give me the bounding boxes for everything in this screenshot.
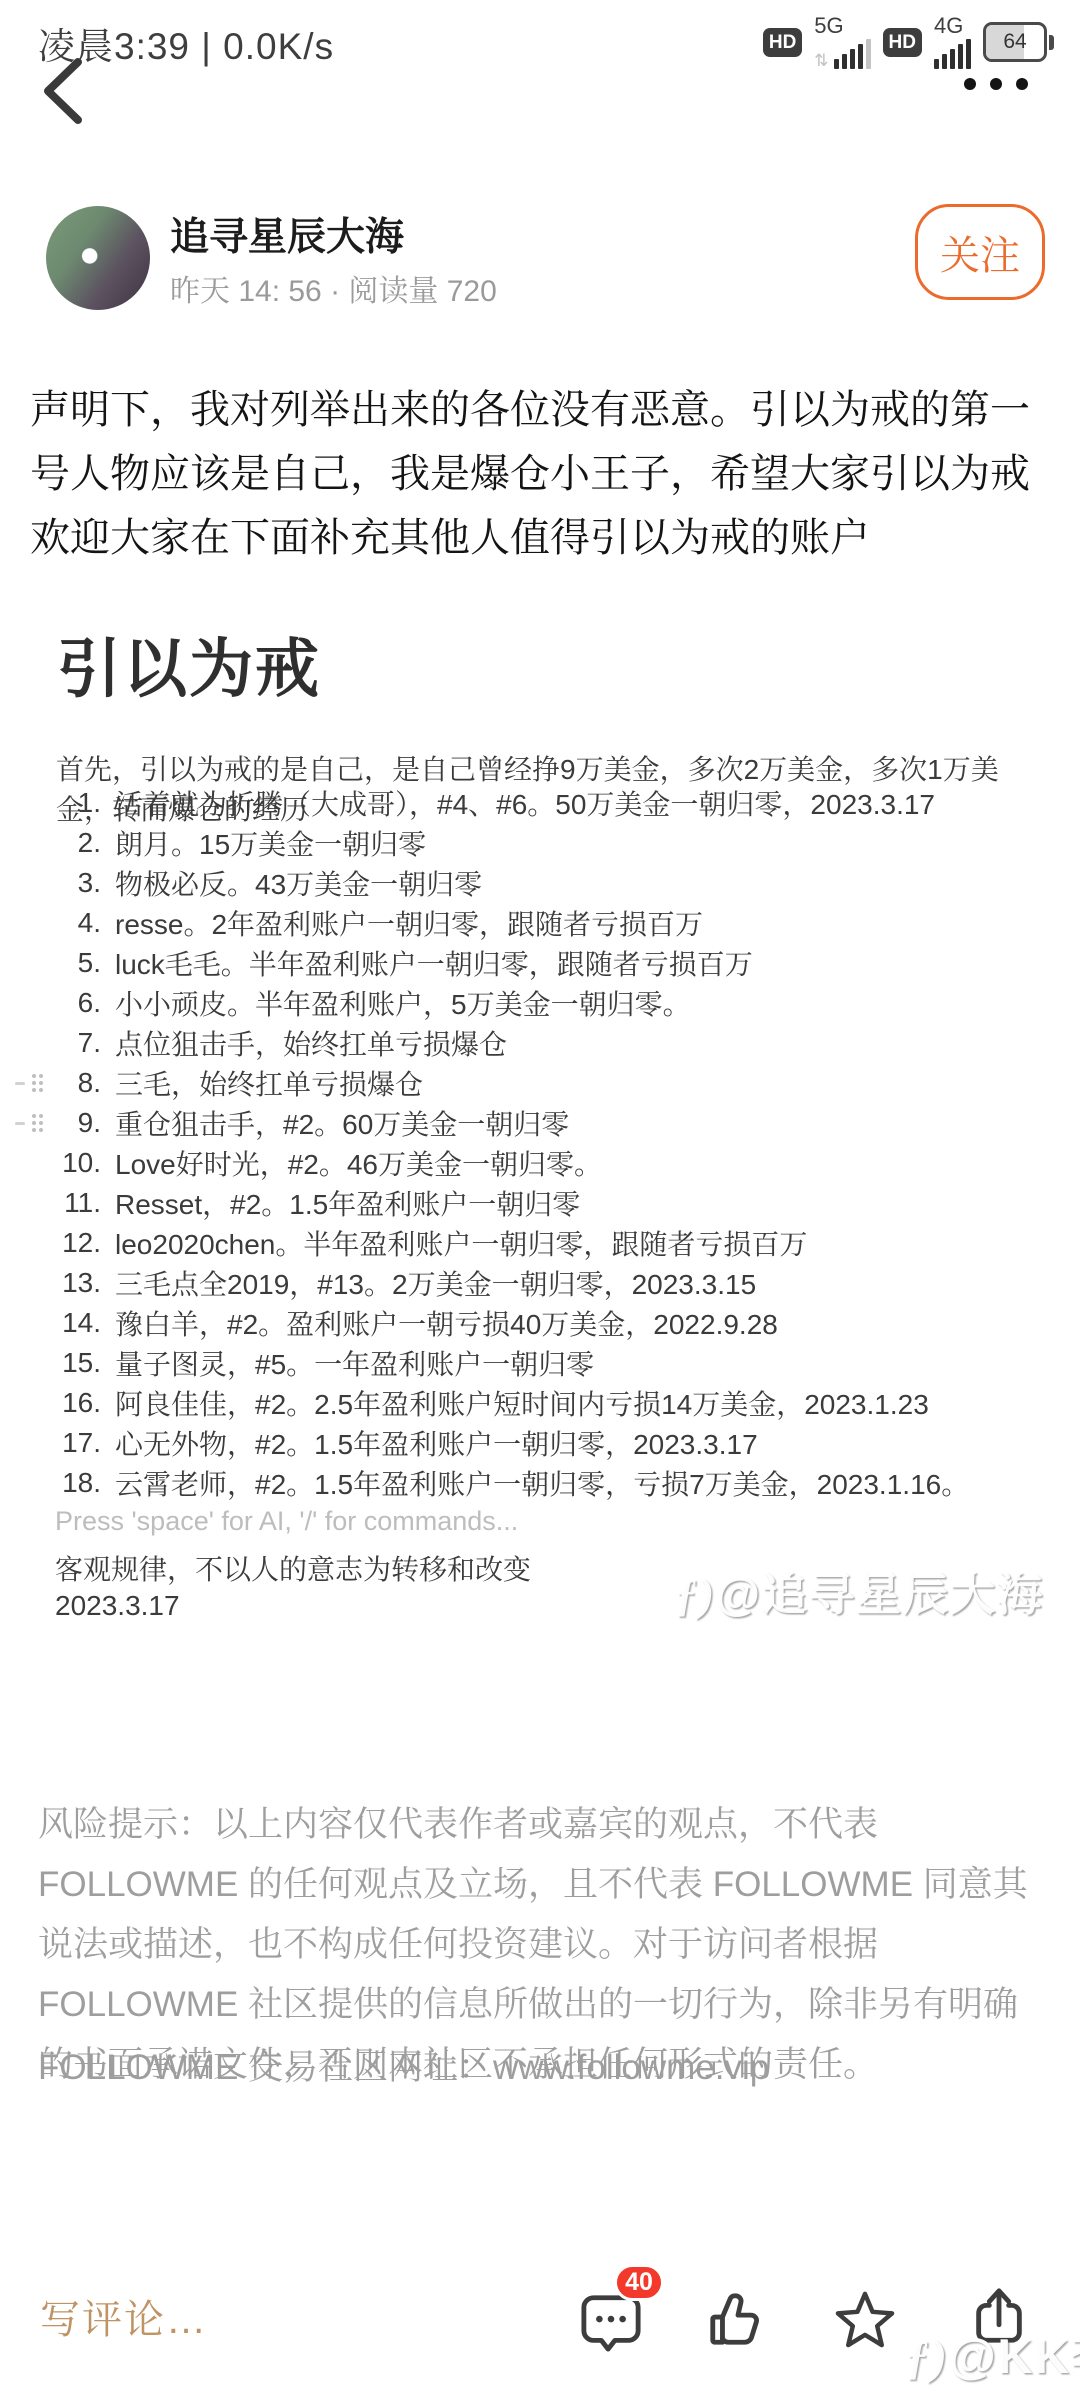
star-icon: [834, 2286, 896, 2352]
more-options-button[interactable]: [964, 78, 1028, 90]
write-comment-input[interactable]: 写评论…: [40, 2288, 208, 2345]
list-item: 8. 三毛，始终扛单亏损爆仓: [55, 1063, 1055, 1103]
sim1-network-type: 5G: [814, 15, 843, 37]
list-item-number: 17.: [55, 1427, 101, 1459]
list-item-number: 6.: [55, 987, 101, 1019]
sim1-signal: 5G ⇅: [814, 15, 870, 69]
list-item: 5. luck毛毛。半年盈利账户一朝归零，跟随者亏损百万: [55, 943, 1055, 983]
thumbs-up-icon: [706, 2286, 768, 2352]
list-item: 2. 朗月。15万美金一朝归零: [55, 823, 1055, 863]
list-item-text: 阿良佳佳，#2。2.5年盈利账户短时间内亏损14万美金，2023.1.23: [115, 1383, 929, 1423]
list-item-text: 点位狙击手，始终扛单亏损爆仓: [115, 1023, 507, 1063]
back-button[interactable]: [34, 56, 94, 126]
list-item-number: 12.: [55, 1227, 101, 1259]
list-item-number: 1.: [55, 787, 101, 819]
drag-handle-icon: [15, 1074, 43, 1092]
post-detail-screen: 凌晨3:39 | 0.0K/s HD 5G ⇅ HD 4G: [0, 0, 1080, 2400]
list-item-number: 15.: [55, 1347, 101, 1379]
list-item-text: 三毛点全2019，#13。2万美金一朝归零，2023.3.15: [115, 1263, 756, 1303]
list-item-number: 4.: [55, 907, 101, 939]
list-item: 4. resse。2年盈利账户一朝归零，跟随者亏损百万: [55, 903, 1055, 943]
list-item-text: 三毛，始终扛单亏损爆仓: [115, 1063, 423, 1103]
list-item-text: 小小顽皮。半年盈利账户，5万美金一朝归零。: [115, 983, 691, 1023]
screenshot-watermark: ƒ)@KK李: [905, 2318, 1080, 2387]
list-item-number: 13.: [55, 1267, 101, 1299]
list-item-text: Resset，#2。1.5年盈利账户一朝归零: [115, 1183, 580, 1223]
post-body-text: 声明下，我对列举出来的各位没有恶意。引以为戒的第一号人物应该是自己，我是爆仓小王…: [30, 378, 1052, 570]
list-item-number: 11.: [55, 1187, 101, 1219]
list-item-number: 8.: [55, 1067, 101, 1099]
list-item-text: 豫白羊，#2。盈利账户一朝亏损40万美金，2022.9.28: [115, 1303, 778, 1343]
list-item-text: 云霄老师，#2。1.5年盈利账户一朝归零，亏损7万美金，2023.1.16。: [115, 1463, 969, 1503]
list-item-number: 3.: [55, 867, 101, 899]
author-watermark: ƒ)@追寻星辰大海: [675, 1558, 1044, 1623]
sim2-signal: 4G: [934, 15, 971, 69]
note-footer-date: 2023.3.17: [55, 1590, 180, 1622]
list-item: 11. Resset，#2。1.5年盈利账户一朝归零: [55, 1183, 1055, 1223]
list-item-number: 5.: [55, 947, 101, 979]
signal-bars-icon-2: [934, 39, 971, 69]
list-item-text: 重仓狙击手，#2。60万美金一朝归零: [115, 1103, 569, 1143]
follow-button[interactable]: 关注: [915, 204, 1045, 300]
list-item-number: 10.: [55, 1147, 101, 1179]
ellipsis-icon: [964, 78, 976, 90]
community-url-text: FOLLOWME 交易社区网址：www.followme.vip: [38, 2040, 769, 2090]
favorite-button[interactable]: [834, 2286, 896, 2352]
editor-placeholder-text: Press 'space' for AI, '/' for commands..…: [55, 1506, 518, 1537]
list-item: 18. 云霄老师，#2。1.5年盈利账户一朝归零，亏损7万美金，2023.1.1…: [55, 1463, 1055, 1503]
hd-volte-icon: HD: [763, 28, 802, 57]
like-button[interactable]: [706, 2286, 768, 2352]
list-item-number: 9.: [55, 1107, 101, 1139]
statusbar-right-cluster: HD 5G ⇅ HD 4G: [763, 10, 1054, 74]
list-item-number: 7.: [55, 1027, 101, 1059]
hd-volte-icon-2: HD: [883, 28, 922, 57]
list-item-text: 活着就为折腾（大成哥），#4、#6。50万美金一朝归零，2023.3.17: [115, 783, 935, 823]
signal-bars-icon: [834, 39, 871, 69]
author-name[interactable]: 追寻星辰大海: [170, 206, 404, 262]
data-transfer-arrows-icon: ⇅: [814, 52, 828, 69]
list-item: 14. 豫白羊，#2。盈利账户一朝亏损40万美金，2022.9.28: [55, 1303, 1055, 1343]
list-item: 13. 三毛点全2019，#13。2万美金一朝归零，2023.3.15: [55, 1263, 1055, 1303]
battery-level: 64: [1003, 30, 1026, 54]
list-item: 17. 心无外物，#2。1.5年盈利账户一朝归零，2023.3.17: [55, 1423, 1055, 1463]
list-item-text: 物极必反。43万美金一朝归零: [115, 863, 482, 903]
list-item-text: luck毛毛。半年盈利账户一朝归零，跟随者亏损百万: [115, 943, 753, 983]
list-item: 3. 物极必反。43万美金一朝归零: [55, 863, 1055, 903]
list-item-number: 14.: [55, 1307, 101, 1339]
note-ordered-list: 1. 活着就为折腾（大成哥），#4、#6。50万美金一朝归零，2023.3.17…: [55, 783, 1055, 1503]
list-item: 12. leo2020chen。半年盈利账户一朝归零，跟随者亏损百万: [55, 1223, 1055, 1263]
list-item: 15. 量子图灵，#5。一年盈利账户一朝归零: [55, 1343, 1055, 1383]
note-footer-line1: 客观规律，不以人的意志为转移和改变: [55, 1548, 531, 1588]
list-item-text: leo2020chen。半年盈利账户一朝归零，跟随者亏损百万: [115, 1223, 807, 1263]
post-meta: 昨天 14: 56 · 阅读量 720: [170, 266, 497, 310]
list-item-text: 心无外物，#2。1.5年盈利账户一朝归零，2023.3.17: [115, 1423, 758, 1463]
embedded-note-image: 引以为戒 首先，引以为戒的是自己，是自己曾经挣9万美金，多次2万美金，多次1万美…: [0, 600, 1080, 1780]
drag-handle-icon: [15, 1114, 43, 1132]
followme-logo-icon-2: ƒ): [905, 2331, 949, 2384]
battery-icon: 64: [983, 22, 1054, 62]
list-item: 6. 小小顽皮。半年盈利账户，5万美金一朝归零。: [55, 983, 1055, 1023]
list-item-text: 量子图灵，#5。一年盈利账户一朝归零: [115, 1343, 594, 1383]
list-item: 9. 重仓狙击手，#2。60万美金一朝归零: [55, 1103, 1055, 1143]
comment-count-badge: 40: [614, 2264, 664, 2301]
followme-logo-icon: ƒ): [675, 1570, 717, 1620]
list-item-number: 16.: [55, 1387, 101, 1419]
list-item-number: 18.: [55, 1467, 101, 1499]
list-item-text: 朗月。15万美金一朝归零: [115, 823, 426, 863]
list-item-number: 2.: [55, 827, 101, 859]
list-item-text: resse。2年盈利账户一朝归零，跟随者亏损百万: [115, 903, 703, 943]
list-item: 1. 活着就为折腾（大成哥），#4、#6。50万美金一朝归零，2023.3.17: [55, 783, 1055, 823]
sim2-network-type: 4G: [934, 15, 963, 37]
avatar[interactable]: [46, 206, 150, 310]
list-item: 16. 阿良佳佳，#2。2.5年盈利账户短时间内亏损14万美金，2023.1.2…: [55, 1383, 1055, 1423]
list-item: 10. Love好时光，#2。46万美金一朝归零。: [55, 1143, 1055, 1183]
chevron-left-icon: [34, 56, 94, 126]
list-item-text: Love好时光，#2。46万美金一朝归零。: [115, 1143, 602, 1183]
list-item: 7. 点位狙击手，始终扛单亏损爆仓: [55, 1023, 1055, 1063]
note-title: 引以为戒: [57, 618, 321, 710]
